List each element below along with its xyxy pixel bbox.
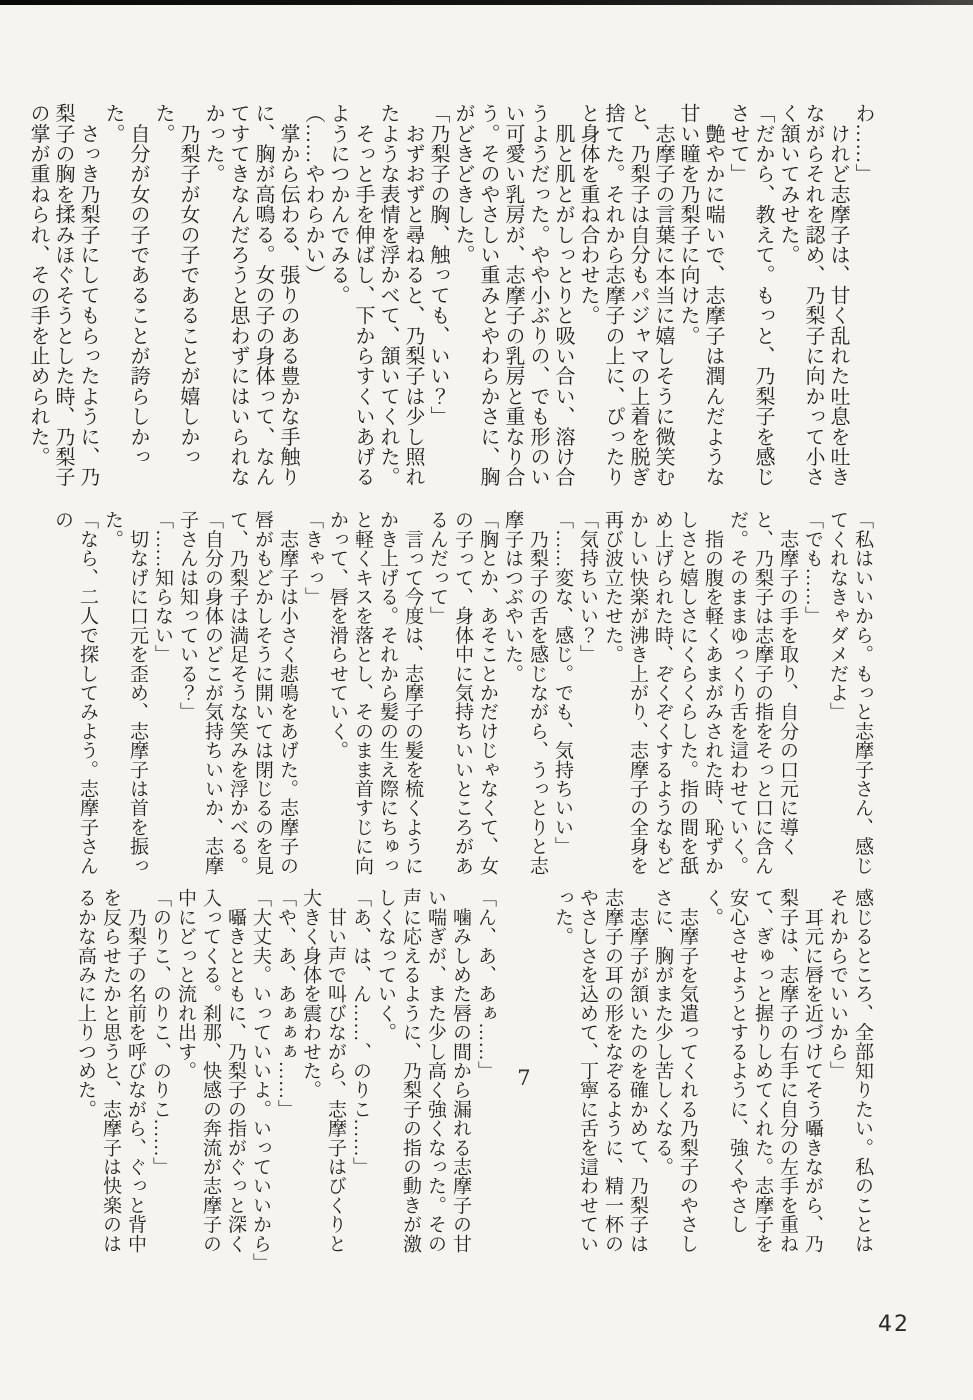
paragraph: 「……知らない」: [150, 510, 175, 890]
scene-break-digit: 7: [517, 1066, 531, 1091]
text-band-bottom: 感じるところ、全部知りたい。私のことはそれからでいいから」 耳元に唇を近づけてそ…: [95, 888, 875, 1268]
text-band-middle: 「私はいいから。もっと志摩子さん、感じてくれなきゃダメだよ」「でも……」 志摩子…: [95, 510, 875, 890]
paragraph: 「でも……」: [800, 510, 825, 890]
paragraph: 「や、あ、あぁぁぁ……」: [273, 888, 298, 1268]
paragraph: 耳元に唇を近づけてそう囁きながら、乃梨子は、志摩子の右手に自分の左手を重ねて、ぎ…: [700, 888, 825, 1268]
paragraph: 「きゃっ」: [300, 510, 325, 890]
paragraph: （……やわらかい）: [300, 103, 325, 506]
paragraph: 「……変な、感じ。でも、気持ちいい」: [550, 510, 575, 890]
paragraph: 「私はいいから。もっと志摩子さん、感じてくれなきゃダメだよ」: [825, 510, 875, 890]
paragraph: 肌と肌とがしっとりと吸い合い、溶け合うようだった。やや小ぶりの、でも形のいい可愛…: [450, 103, 575, 506]
paragraph: 乃梨子が女の子であることが嬉しかった。: [150, 103, 200, 506]
paragraph: 感じるところ、全部知りたい。私のことはそれからでいいから」: [825, 888, 875, 1268]
scan-edge-top: [0, 0, 973, 5]
paragraph: 「自分の身体のどこが気持ちいいか、志摩子さんは知っている？」: [175, 510, 225, 890]
paragraph: 「乃梨子の胸、触っても、いい？」: [425, 103, 450, 506]
page-number: 42: [878, 1312, 910, 1337]
paragraph: 噛みしめた唇の間から漏れる志摩子の甘い喘ぎが、また少し高く強くなった。その声に応…: [373, 888, 473, 1268]
paragraph: 「気持ちいい？」: [575, 510, 600, 890]
paragraph: わ……」: [850, 103, 875, 506]
paragraph: 自分が女の子であることが誇らしかった。: [100, 103, 150, 506]
paragraph: 志摩子は小さく悲鳴をあげた。志摩子の唇がもどかしそうに開いては閉じるのを見て、乃…: [225, 510, 300, 890]
paragraph: 「なら、二人で探してみよう。志摩子さんの: [50, 510, 100, 890]
paragraph: 「大丈夫。いっていいよ。いっていいから」: [248, 888, 273, 1268]
paragraph: 切なげに口元を歪め、志摩子は首を振った。: [100, 510, 150, 890]
paragraph: 囁きとともに、乃梨子の指がぐっと深く入ってくる。刹那、快感の奔流が志摩子の中にど…: [173, 888, 248, 1268]
paragraph: 志摩子が頷いたのを確かめて、乃梨子は志摩子の耳の形をなぞるように、精一杯のやさし…: [550, 888, 650, 1268]
paragraph: 艶やかに喘いで、志摩子は潤んだような甘い瞳を乃梨子に向けた。: [675, 103, 725, 506]
paragraph: 甘い声で叫びながら、志摩子はびくりと大きく身体を震わせた。: [298, 888, 348, 1268]
paragraph: おずおずと尋ねると、乃梨子は少し照れたような表情を浮かべて、頷いてくれた。: [375, 103, 425, 506]
paragraph: そっと手を伸ばし、下からすくいあげるようにつかんでみる。: [325, 103, 375, 506]
paragraph: 「のりこ、のりこ、のりこ……」: [148, 888, 173, 1268]
paragraph: 「だから、教えて。もっと、乃梨子を感じさせて」: [725, 103, 775, 506]
paragraph: 「胸とか、あそことかだけじゃなくて、女の子って、身体中に気持ちいいところがあるん…: [425, 510, 500, 890]
paragraph: 「あ、は、ん……、のりこ……」: [348, 888, 373, 1268]
scene-break-number: 7: [498, 888, 550, 1268]
paragraph: 乃梨子の舌を感じながら、うっとりと志摩子はつぶやいた。: [500, 510, 550, 890]
paragraph: 「ん、あ、あぁ……」: [473, 888, 498, 1268]
paragraph: 志摩子の手を取り、自分の口元に導くと、乃梨子は志摩子の指をそっと口に含んだ。その…: [725, 510, 800, 890]
paragraph: 志摩子の言葉に本当に嬉しそうに微笑むと、乃梨子は自分もパジャマの上着を脱ぎ捨てた…: [575, 103, 675, 506]
paragraph: 言って今度は、志摩子の髪を梳くようにかき上げる。それから髪の生え際にちゅっと軽く…: [325, 510, 425, 890]
paragraph: 乃梨子の名前を呼びながら、ぐっと背中を反らせたかと思うと、志摩子は快楽のはるかな…: [73, 888, 148, 1268]
paragraph: 指の腹を軽くあまがみされた時、恥ずかしさと嬉しさにくらくらした。指の間を舐め上げ…: [600, 510, 725, 890]
text-band-top: わ……」 けれど志摩子は、甘く乱れた吐息を吐きながらそれを認め、乃梨子に向かって…: [95, 103, 875, 506]
paragraph: さっき乃梨子にしてもらったように、乃梨子の胸を揉みほぐそうとした時、乃梨子の掌が…: [25, 103, 100, 506]
scanned-novel-page: わ……」 けれど志摩子は、甘く乱れた吐息を吐きながらそれを認め、乃梨子に向かって…: [0, 0, 973, 1400]
paragraph: 掌から伝わる、張りのある豊かな手触りに、胸が高鳴る。女の子の身体って、なんてすて…: [200, 103, 300, 506]
paragraph: けれど志摩子は、甘く乱れた吐息を吐きながらそれを認め、乃梨子に向かって小さく頷い…: [775, 103, 850, 506]
paragraph: 志摩子を気遣ってくれる乃梨子のやさしさに、胸がまた少し苦しくなる。: [650, 888, 700, 1268]
